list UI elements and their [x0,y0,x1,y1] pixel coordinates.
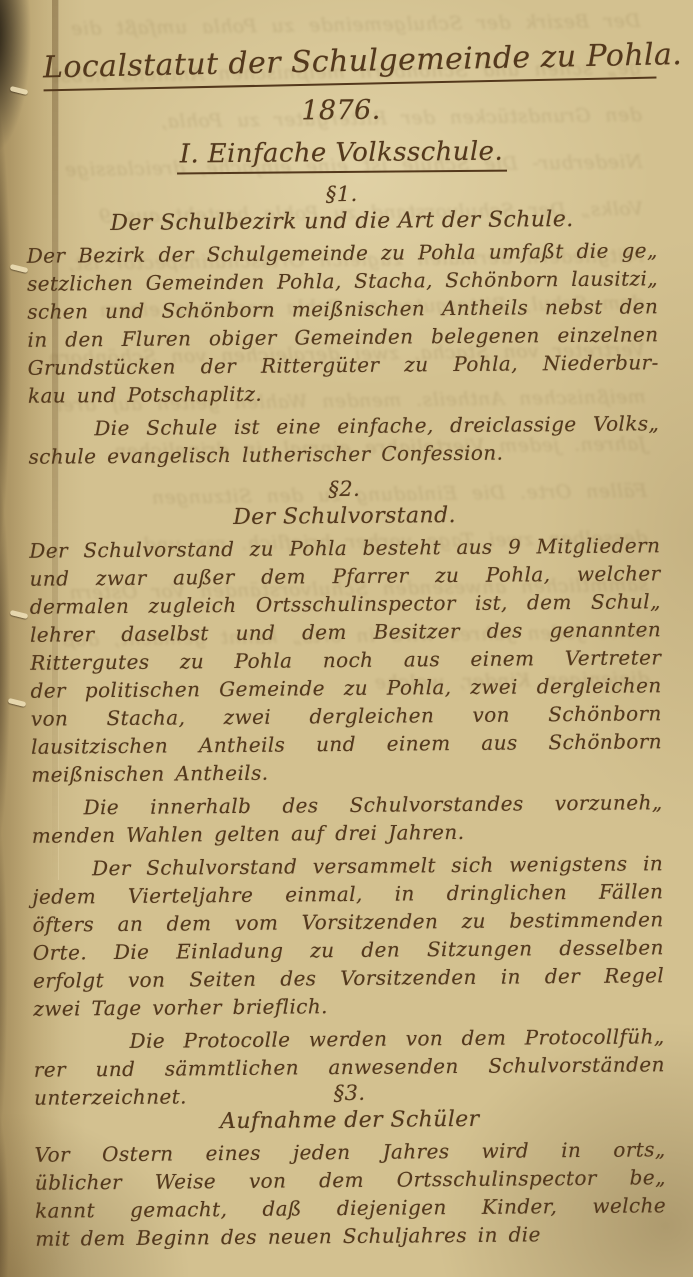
sections-container: §1.Der Schulbezirk und die Art der Schul… [26,179,666,1252]
manuscript-line: menden Wahlen gelten auf drei Jahren. [32,816,663,850]
manuscript-line: kannt gemacht, daß diejenigen Kinder, we… [35,1191,666,1225]
manuscript-line: meißnischen Antheils. [31,755,662,789]
manuscript-line: rer und sämmtlichen anwesenden Schulvors… [34,1050,665,1084]
paragraph: Die innerhalb des Schulvorstandes vorzun… [31,788,662,850]
manuscript-page: Localstatut der Schulgemeinde zu Pohla. … [0,0,693,1253]
manuscript-line: zwei Tage vorher brieflich. [33,989,664,1023]
paragraph: Der Schulvorstand versammelt sich wenigs… [32,849,664,1023]
manuscript-line: erfolgt von Seiten des Vorsitzenden in d… [33,961,664,995]
manuscript-line: Die Schule ist eine einfache, dreiclassi… [28,409,659,443]
manuscript-photo: Der Bezirk der Schulgemeinde zu Pohla um… [0,0,693,1277]
chapter-heading: I. Einfache Volksschule. [176,137,506,175]
manuscript-line: kau und Potschaplitz. [28,376,659,410]
paragraph: Die Schule ist eine einfache, dreiclassi… [28,409,659,471]
paragraph: Vor Ostern eines jeden Jahres wird in or… [34,1135,666,1253]
section-number: §2. [29,474,660,504]
manuscript-line: Die innerhalb des Schulvorstandes vorzun… [31,788,662,822]
section-heading: Der Schulvorstand. [29,501,660,532]
paragraph: Der Schulvorstand zu Pohla besteht aus 9… [29,531,662,788]
manuscript-line: lausitzischen Antheils und einem aus Sch… [31,727,662,761]
manuscript-line: mit dem Beginn des neuen Schuljahres in … [35,1219,666,1253]
manuscript-line: schule evangelisch lutherischer Confessi… [28,437,659,471]
document-year: 1876. [25,92,656,129]
paragraph: Der Bezirk der Schulgemeinde zu Pohla um… [27,236,659,410]
manuscript-line: Grundstücken der Rittergüter zu Pohla, N… [28,348,659,382]
document-title: Localstatut der Schulgemeinde zu Pohla. [43,38,657,92]
section-heading: Der Schulbezirk und die Art der Schule. [26,206,657,237]
section-number: §1. [26,179,657,209]
